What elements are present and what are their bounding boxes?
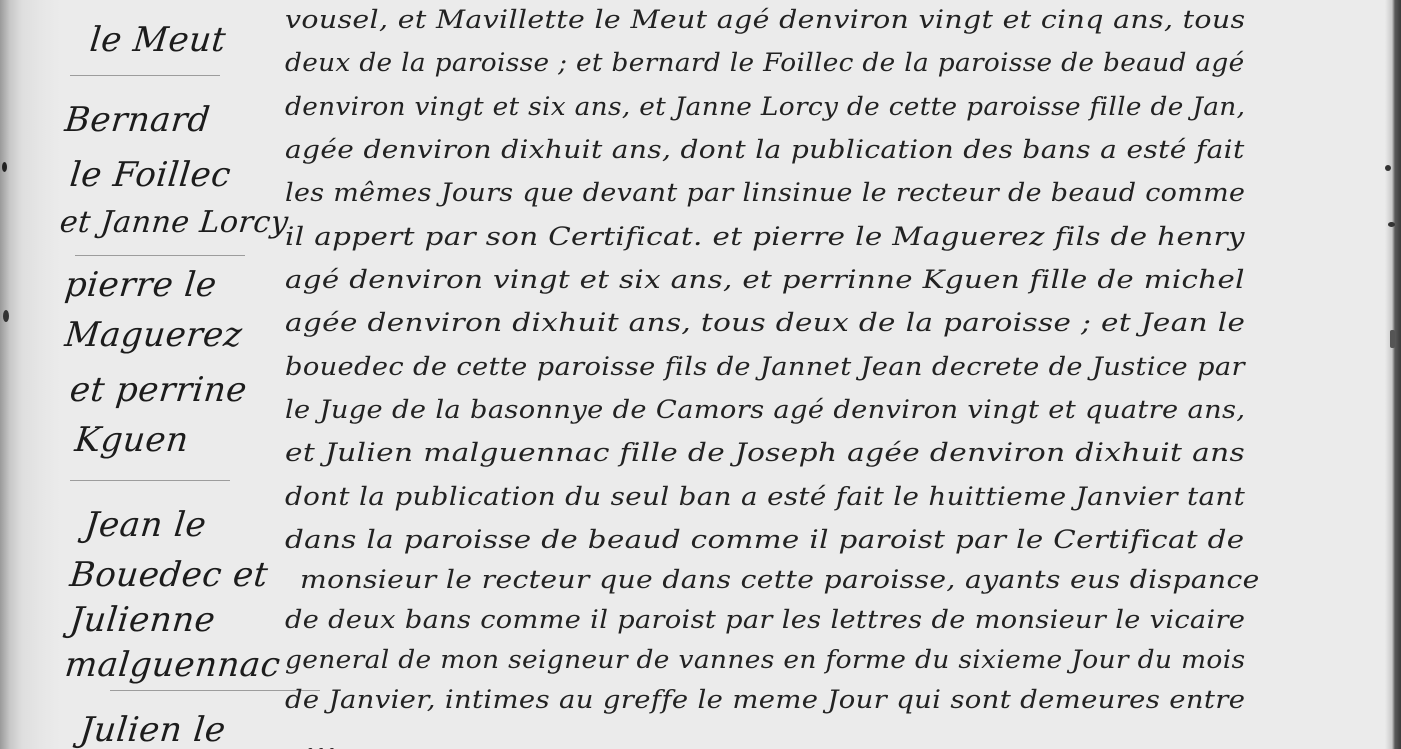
ink-speck — [1390, 330, 1395, 348]
body-line-9: le Juge de la basonnye de Camors agé den… — [285, 395, 1245, 424]
body-line-5: il appert par son Certificat. et pierre … — [285, 222, 1245, 251]
margin-entry-3-line-1: Bouedec et — [68, 555, 270, 595]
margin-entry-1-line-2: et Janne Lorcy — [58, 205, 290, 240]
margin-entry-1-line-1: le Foillec — [68, 155, 233, 195]
margin-entry-1-line-0: Bernard — [63, 100, 212, 140]
register-body: vousel, et Mavillette le Meut agé denvir… — [285, 0, 1385, 749]
margin-entry-3-line-2: Julienne — [68, 600, 218, 640]
body-line-1: deux de la paroisse ; et bernard le Foil… — [285, 48, 1245, 77]
margin-entry-2-line-0: pierre le — [63, 265, 219, 305]
margin-entry-2-line-2: et perrine — [68, 370, 249, 410]
margin-entry-3-line-3: malguennac — [63, 645, 282, 685]
body-line-16: de Janvier, intimes au greffe le meme Jo… — [285, 685, 1245, 714]
body-line-13: monsieur le recteur que dans cette paroi… — [300, 565, 1260, 594]
ink-speck — [1388, 222, 1395, 227]
ink-speck — [2, 162, 7, 172]
body-line-3: agée denviron dixhuit ans, dont la publi… — [285, 135, 1245, 164]
margin-entry-2-line-3: Kguen — [73, 420, 191, 460]
body-line-10: et Julien malguennac fille de Joseph agé… — [285, 438, 1245, 467]
body-line-15: general de mon seigneur de vannes en for… — [285, 645, 1245, 674]
body-line-4: les mêmes Jours que devant par linsinue … — [285, 178, 1245, 207]
margin-entry-3-line-0: Jean le — [83, 505, 208, 545]
body-line-17: ... — [305, 728, 337, 749]
body-line-2: denviron vingt et six ans, et Janne Lorc… — [285, 92, 1245, 121]
body-line-7: agée denviron dixhuit ans, tous deux de … — [285, 308, 1245, 337]
margin-column: le Meut Bernard le Foillec et Janne Lorc… — [60, 0, 285, 749]
margin-divider — [70, 480, 230, 481]
margin-entry-4-line-0: Julien le — [78, 710, 228, 749]
margin-entry-0-line-0: le Meut — [88, 20, 228, 60]
body-line-6: agé denviron vingt et six ans, et perrin… — [285, 265, 1245, 294]
margin-entry-2-line-1: Maguerez — [63, 315, 244, 355]
ink-speck — [1385, 165, 1391, 171]
ink-speck — [3, 310, 9, 322]
body-line-8: bouedec de cette paroisse fils de Jannet… — [285, 352, 1245, 381]
margin-divider — [75, 255, 245, 256]
body-line-0: vousel, et Mavillette le Meut agé denvir… — [285, 5, 1245, 34]
document-scan: le Meut Bernard le Foillec et Janne Lorc… — [0, 0, 1401, 749]
body-line-11: dont la publication du seul ban a esté f… — [285, 482, 1245, 511]
margin-divider — [70, 75, 220, 76]
body-line-14: de deux bans comme il paroist par les le… — [285, 605, 1245, 634]
body-line-12: dans la paroisse de beaud comme il paroi… — [285, 525, 1245, 554]
